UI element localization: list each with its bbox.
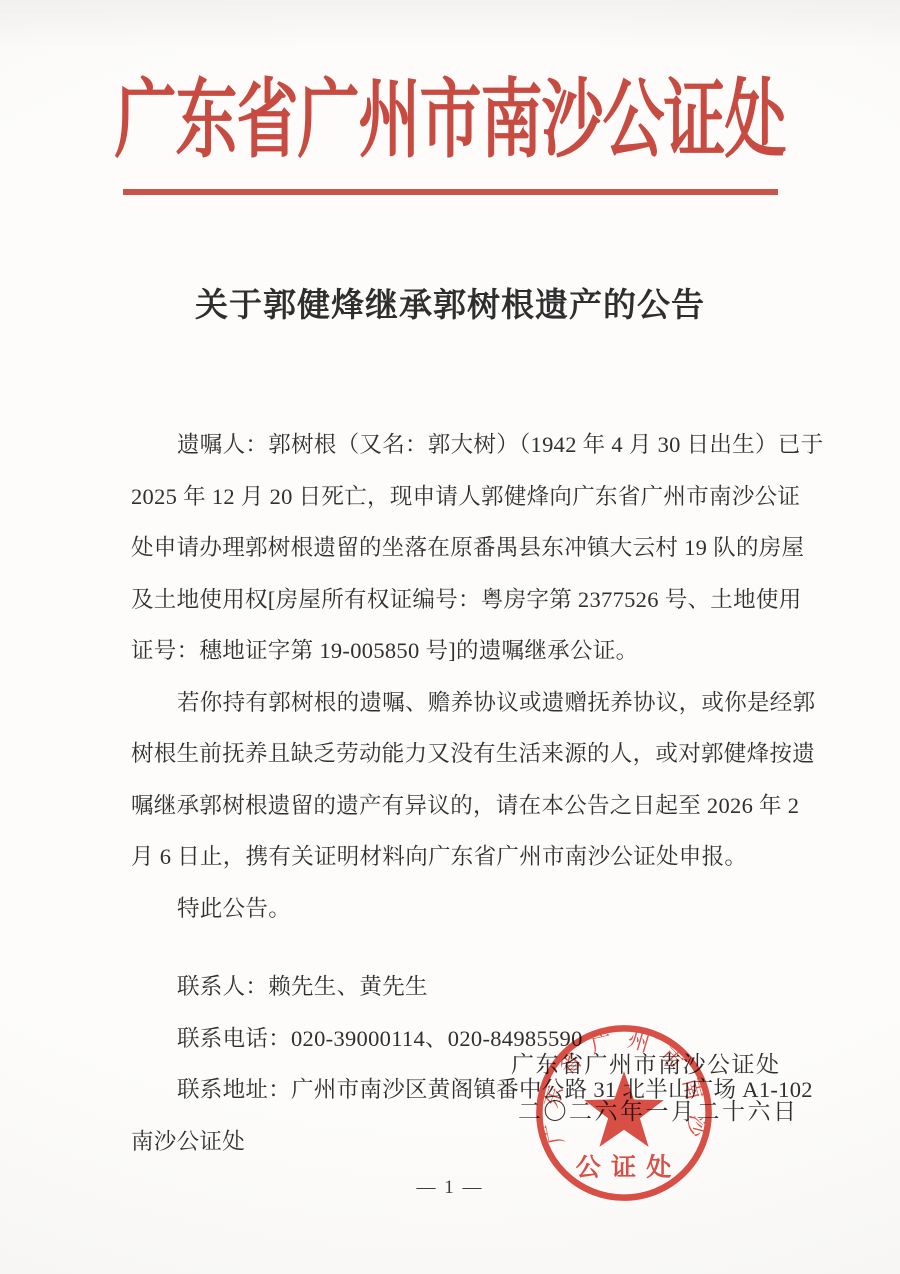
seal-star-icon — [584, 1071, 664, 1147]
body-line: 嘱继承郭树根遗留的遗产有异议的，请在本公告之日起至 2026 年 2 — [131, 780, 779, 832]
body-line: 证号：穗地证字第 19-005850 号]的遗嘱继承公证。 — [131, 625, 779, 677]
body-line: 处申请办理郭树根遗留的坐落在原番禺县东冲镇大云村 19 队的房屋 — [131, 522, 779, 574]
scan-shading — [0, 0, 900, 50]
notary-announcement-page: 广东省广州市南沙公证处 关于郭健烽继承郭树根遗产的公告 遗嘱人：郭树根（又名：郭… — [0, 0, 900, 1274]
document-title: 关于郭健烽继承郭树根遗产的公告 — [0, 279, 900, 326]
body-line: 月 6 日止，携有关证明材料向广东省广州市南沙公证处申报。 — [131, 831, 779, 883]
body-line: 遗嘱人：郭树根（又名：郭大树）（1942 年 4 月 30 日出生）已于 — [131, 419, 779, 471]
body-line: 若你持有郭树根的遗嘱、赡养协议或遗赠抚养协议，或你是经郭 — [131, 677, 779, 729]
letterhead-org-name: 广东省广州市南沙公证处 — [0, 76, 900, 167]
letterhead-double-rule — [123, 189, 778, 195]
body-line: 2025 年 12 月 20 日死亡，现申请人郭健烽向广东省广州市南沙公证 — [131, 471, 779, 523]
body-line: 及土地使用权[房屋所有权证编号：粤房字第 2377526 号、土地使用 — [131, 574, 779, 626]
page-number: — 1 — — [0, 1177, 900, 1199]
contact-person-line: 联系人：赖先生、黄先生 — [131, 961, 779, 1013]
body-line: 树根生前抚养且缺乏劳动能力又没有生活来源的人，或对郭健烽按遗 — [131, 728, 779, 780]
body-line: 特此公告。 — [131, 883, 779, 935]
